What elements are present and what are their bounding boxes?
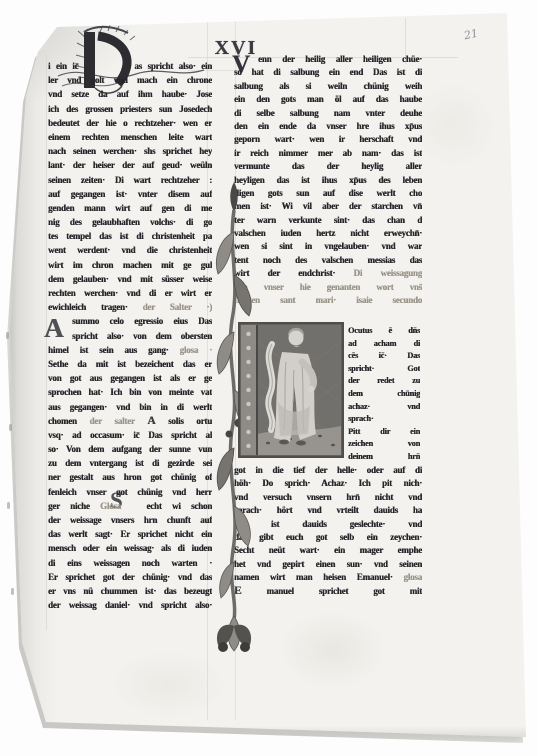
text-segment: ler vnd golt vnd mach ein chrone <box>48 75 212 85</box>
text-line: ler vnd golt vnd mach ein chrone <box>48 73 212 87</box>
miniature-side-text: Ocutus ē dn̄sad acham dicēs ic̄· Dasspri… <box>348 325 420 464</box>
text-segment: Secht neüt wart· ein mager emphe <box>234 545 422 555</box>
text-line: zu dem vntergang ist di gezirde sei <box>48 456 212 470</box>
text-line: lant· der heiser der auf geud· weüln <box>48 158 212 172</box>
text-segment: auf gegangen ist· vnter disem auf <box>48 189 212 199</box>
text-line: vnd versuch vnsern hrn̄ nicht vnd <box>234 491 422 504</box>
text-segment: tent noch des valschen messias das <box>234 255 422 265</box>
text-segment: seinen zeiten· Di wart rechtzeher : <box>48 175 212 185</box>
text-segment: lant· der heiser der auf geud· weüln <box>48 160 212 170</box>
text-segment: i ein ic̄ <box>48 61 78 71</box>
text-line: er vns nü chummen ist· das bezeugt <box>48 584 212 598</box>
text-line: rechten werchen· vnd di er wirt er <box>48 286 212 300</box>
page-edge-mark <box>6 332 9 339</box>
text-line: mensch oder ein weissag· als di iuden <box>48 541 212 555</box>
text-line: den ein ende da vnser hre ihus xp̄us <box>234 120 422 133</box>
text-segment: Pitt dir ein <box>348 427 420 436</box>
text-segment: tes tempel das ist di christenheit pa <box>48 231 212 241</box>
manuscript-page: 21 XVI D V A S i ein ic̄as spricht also·… <box>8 10 530 740</box>
text-segment: manuel sprichet got mit <box>241 586 422 596</box>
text-segment: ein den gots man öl auf das haube <box>234 94 422 104</box>
text-line: nach seinen werchen· shs sprichet hey <box>48 144 212 158</box>
text-segment: aus gegangen· vnd bin in di werlt <box>48 402 212 412</box>
text-line: einem rechten menschen leite wart <box>48 130 212 144</box>
text-line: men ist· Wi vil aber der starchen vn̄ <box>234 200 422 213</box>
text-line: het vnd gepirt einen sun· vnd seinen <box>234 558 422 571</box>
text-segment <box>48 323 72 324</box>
text-segment: Ocutus ē dn̄s <box>348 326 420 335</box>
text-segment <box>234 61 258 62</box>
text-segment: chomen <box>48 416 90 426</box>
text-segment: zu dem vntergang ist di gezirde sei <box>48 458 212 468</box>
text-line: so hat di salbung ein end Das ist di <box>234 66 422 79</box>
left-text-column: i ein ic̄as spricht also· ein wurfiller … <box>48 59 212 612</box>
text-segment: solis ortu <box>155 416 212 426</box>
text-line: wen si sint in vngelauben· vnd war <box>234 240 422 253</box>
text-segment: vermunte das der heylig aller <box>234 161 422 171</box>
photo-background: 21 XVI D V A S i ein ic̄as spricht also·… <box>0 0 538 756</box>
text-segment: fenleich vnser got chünig vnd herr <box>48 487 212 497</box>
text-segment: dem chünig <box>348 389 420 398</box>
text-segment: sprach· <box>348 414 373 423</box>
text-segment: vnd setze da auf ihm haube· Jose <box>48 89 212 99</box>
text-line: ir reich nimmer mer ab nam· das ist <box>234 147 422 160</box>
text-segment: von got aus gegangen ist als er ge <box>48 373 212 383</box>
text-segment: valschen iuden hertz nicht erweychn̄· <box>234 228 422 238</box>
text-segment: den ein ende da vnser hre ihus xp̄us <box>234 121 422 131</box>
text-line: das gibt euch got selb ein zeychen· <box>234 531 422 544</box>
text-segment: glosa · <box>180 345 212 355</box>
text-line: Ocutus ē dn̄s <box>348 325 420 338</box>
text-segment: salbung als si weiln chünig weih <box>234 81 422 91</box>
text-segment: das gibt euch got selb ein zeychen· <box>234 532 422 542</box>
text-line: salbung als si weiln chünig weih <box>234 80 422 93</box>
text-segment: Sethe da mit ist bezeichent das er <box>48 359 212 369</box>
text-segment: wirt im chron machen mit ge gul <box>48 260 212 270</box>
page-edge-mark <box>11 588 14 595</box>
text-segment: vsq· ad occasum· ic̄ Das spricht al <box>48 430 212 440</box>
text-line: went werdent· vnd die christenheit <box>48 243 212 257</box>
text-segment: ewichleich tragen· <box>48 302 143 312</box>
text-line: frawen sant mari· isaie secundo <box>234 294 422 307</box>
text-segment: frawen sant mari· isaie secundo <box>234 295 422 305</box>
page-edge-mark <box>9 424 12 431</box>
text-segment: er vns nü chummen ist· das bezeugt <box>48 586 212 596</box>
text-segment: mensch oder ein weissag· als di iuden <box>48 543 212 553</box>
text-line: vsq· ad occasum· ic̄ Das spricht al <box>48 428 212 442</box>
text-segment: Di weissagung <box>354 268 422 278</box>
parchment-stain <box>278 610 388 690</box>
text-segment: zeichen von <box>348 439 420 448</box>
parchment-stain <box>108 650 228 720</box>
text-segment: rechten werchen· vnd di er wirt er <box>48 288 212 298</box>
text-line: von vnser hie genanten wort vns̄ <box>234 281 422 294</box>
text-line: himel ist sein aus gang· glosa · <box>48 343 212 357</box>
text-line: seinen zeiten· Di wart rechtzeher : <box>48 173 212 187</box>
text-segment: summo celo egressio eius Das <box>72 316 212 326</box>
text-line: got in die tief der helle· oder auf di <box>234 464 422 477</box>
text-line: sprach· hört vnd vrteilt dauids ha <box>234 504 422 517</box>
text-line: heyligen das ist ihus xp̄us des leben <box>234 174 422 187</box>
text-line: sprochen hat· Ich bin von meinte vat <box>48 385 212 399</box>
text-segment: di selbe salbung nam vnter deuhe <box>234 108 422 118</box>
text-line: summo celo egressio eius Das <box>48 314 212 328</box>
text-line: tent noch des valschen messias das <box>234 254 422 267</box>
text-segment: der weissage vnsers hrn chunft auf <box>48 515 212 525</box>
text-segment <box>48 338 72 339</box>
text-line: vermunte das der heylig aller <box>234 160 422 173</box>
text-segment: ad acham di <box>348 339 420 348</box>
text-line: tes tempel das ist di christenheit pa <box>48 229 212 243</box>
text-line: von got aus gegangen ist als er ge <box>48 371 212 385</box>
text-segment: nach seinen werchen· shs sprichet hey <box>48 146 212 156</box>
text-line: digen gots sun auf dise werlt cho <box>234 187 422 200</box>
text-line: Secht neüt wart· ein mager emphe <box>234 544 422 557</box>
text-segment: ger niche <box>48 501 100 511</box>
right-text-column-top: enn der heilig aller heiligen chüe·so ha… <box>234 53 422 307</box>
text-line: spricht· Got <box>348 363 420 376</box>
text-segment: der Salter ·) <box>143 302 212 312</box>
text-segment: went werdent· vnd die christenheit <box>48 245 212 255</box>
text-line: dem gelauben· vnd mit süsser weise <box>48 272 212 286</box>
text-segment: sprochen hat· Ich bin von meinte vat <box>48 387 212 397</box>
prophet-miniature <box>238 322 344 458</box>
text-line: chomen der salter A solis ortu <box>48 414 212 428</box>
text-segment: namen wirt man heisen Emanuel· <box>234 572 403 582</box>
page-edge-mark <box>7 502 10 509</box>
text-line: valschen iuden hertz nicht erweychn̄· <box>234 227 422 240</box>
text-segment: so· Von dem aufgang der sunne vun <box>48 444 212 454</box>
text-line: ter warn verkunte sint· das chan d <box>234 214 422 227</box>
text-line: Er sprichet got der chünig· vnd das <box>48 570 212 584</box>
text-line: höh· Do sprich· Achaz· Ich pit nich· <box>234 477 422 490</box>
text-line: achaz· vnd <box>348 401 420 414</box>
text-line: Pitt dir ein <box>348 426 420 439</box>
text-line: di selbe salbung nam vnter deuhe <box>234 107 422 120</box>
text-segment: so hat di salbung ein end Das ist di <box>234 67 422 77</box>
text-segment: sprach· hört vnd vrteilt dauids ha <box>234 505 422 515</box>
text-segment: heyligen das ist ihus xp̄us des leben <box>234 175 422 185</box>
text-line: cēs ic̄· Das <box>348 350 420 363</box>
text-line: wirt der endchrist· Di weissagung <box>234 267 422 280</box>
text-segment: ir reich nimmer mer ab nam· das ist <box>234 148 422 158</box>
text-segment: dem gelauben· vnd mit süsser weise <box>48 274 212 284</box>
text-segment: got in die tief der helle· oder auf di <box>234 465 422 475</box>
text-line: Sethe da mit ist bezeichent das er <box>48 357 212 371</box>
text-segment: das werlt sagt· Er sprichet nicht ein <box>48 529 212 539</box>
text-line: ner gestalt aus hron got chünig of <box>48 470 212 484</box>
text-segment: nig des gelaubhaften volchs· di go <box>48 217 212 227</box>
text-line: spricht also· von dem obersten <box>48 329 212 343</box>
text-segment: enn der heilig aller heiligen chüe· <box>258 54 422 64</box>
text-segment: deinem hrn̄ <box>348 452 420 461</box>
text-line: genden mann wirt auf gen di me <box>48 201 212 215</box>
text-line: E manuel sprichet got mit <box>234 585 422 598</box>
text-line: vnd setze da auf ihm haube· Jose <box>48 87 212 101</box>
text-line: der weissage vnsers hrn chunft auf <box>48 513 212 527</box>
text-segment: von vnser hie genanten wort vns̄ <box>234 282 422 292</box>
text-segment: himel ist sein aus gang· <box>48 345 180 355</box>
text-line: auf gegangen ist· vnter disem auf <box>48 187 212 201</box>
text-segment: men ist· Wi vil aber der starchen vn̄ <box>234 201 422 211</box>
text-segment: Er sprichet got der chünig· vnd das <box>48 572 212 582</box>
text-line: ger niche Glosa echt wi schon <box>48 499 212 513</box>
text-segment <box>131 508 146 509</box>
text-line: zeichen von <box>348 438 420 451</box>
text-line: namen wirt man heisen Emanuel· glosa <box>234 571 422 584</box>
text-segment: bedeutet der hie o rechtzeher· wen er <box>48 118 212 128</box>
text-segment: spricht· Got <box>348 364 420 373</box>
text-segment: spricht also· von dem obersten <box>72 331 212 341</box>
text-line: der redet zu <box>348 375 420 388</box>
text-segment: ich des grossen priesters sun Josedech <box>48 104 212 114</box>
text-segment: geporn wart· wen ir herschaft vnd <box>234 134 422 144</box>
text-segment: ter warn verkunte sint· das chan d <box>234 215 422 225</box>
text-segment: was ist dauids geslechte· vnd <box>234 519 422 529</box>
text-line: ein den gots man öl auf das haube <box>234 93 422 106</box>
text-segment: digen gots sun auf dise werlt cho <box>234 188 422 198</box>
text-segment: einem rechten menschen leite wart <box>48 132 212 142</box>
text-line: ad acham di <box>348 338 420 351</box>
text-line: dem chünig <box>348 388 420 401</box>
text-segment: ner gestalt aus hron got chünig of <box>48 472 212 482</box>
text-segment: di eins weissagen noch warten · <box>48 558 212 568</box>
text-segment: Glosa <box>100 501 131 511</box>
text-line: aus gegangen· vnd bin in di werlt <box>48 400 212 414</box>
text-line: nig des gelaubhaften volchs· di go <box>48 215 212 229</box>
text-segment: achaz· vnd <box>348 402 420 411</box>
text-line: so· Von dem aufgang der sunne vun <box>48 442 212 456</box>
text-line: ich des grossen priesters sun Josedech <box>48 102 212 116</box>
text-line: di eins weissagen noch warten · <box>48 556 212 570</box>
text-line: der weissag daniel· vnd spricht also· <box>48 598 212 612</box>
text-segment: echt wi schon <box>146 501 212 511</box>
text-line: sprach· <box>348 413 420 426</box>
text-segment: der weissag daniel· vnd spricht also· <box>48 600 212 610</box>
text-segment: cēs ic̄· Das <box>348 351 420 360</box>
folio-number: 21 <box>463 27 479 43</box>
text-line: i ein ic̄as spricht also· ein wurfil <box>48 59 212 73</box>
text-line: deinem hrn̄ <box>348 451 420 464</box>
text-line: enn der heilig aller heiligen chüe· <box>234 53 422 66</box>
text-segment: glosa <box>403 572 422 582</box>
text-line: ewichleich tragen· der Salter ·) <box>48 300 212 314</box>
text-line: bedeutet der hie o rechtzeher· wen er <box>48 116 212 130</box>
text-segment: wen si sint in vngelauben· vnd war <box>234 241 422 251</box>
text-line: geporn wart· wen ir herschaft vnd <box>234 133 422 146</box>
text-segment: der salter <box>90 416 148 426</box>
text-line: wirt im chron machen mit ge gul <box>48 258 212 272</box>
text-segment: genden mann wirt auf gen di me <box>48 203 212 213</box>
text-segment: vnd versuch vnsern hrn̄ nicht vnd <box>234 492 422 502</box>
right-text-column-bottom: got in die tief der helle· oder auf dihö… <box>234 464 422 598</box>
text-segment: het vnd gepirt einen sun· vnd seinen <box>234 559 422 569</box>
text-line: fenleich vnser got chünig vnd herr <box>48 485 212 499</box>
text-segment: der redet zu <box>348 376 420 385</box>
text-line: das werlt sagt· Er sprichet nicht ein <box>48 527 212 541</box>
text-line: was ist dauids geslechte· vnd <box>234 518 422 531</box>
text-segment: höh· Do sprich· Achaz· Ich pit nich· <box>234 478 422 488</box>
